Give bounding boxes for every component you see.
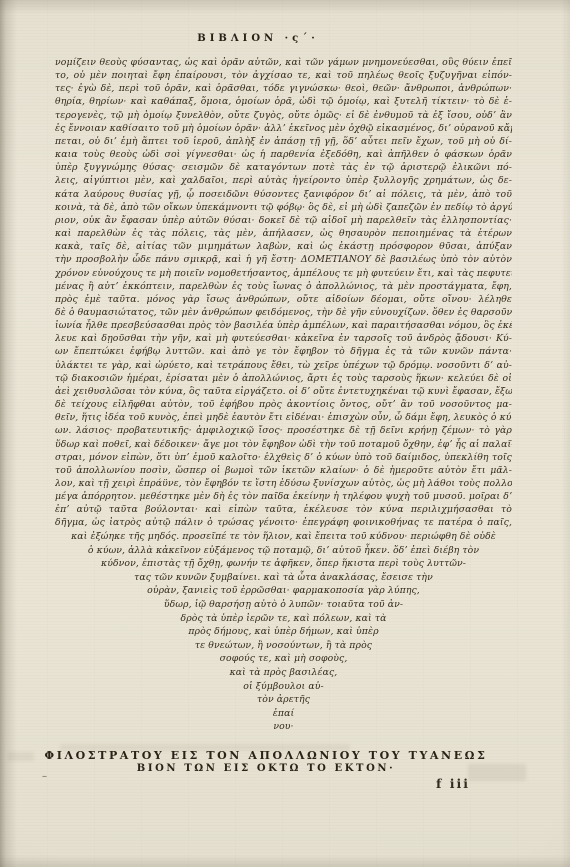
- text-line: ὕδωρ, ἰῷ θαρσήσῃ αὐτὸ ὁ λυπῶν· τοιαῦτα τ…: [55, 598, 512, 612]
- text-line: ων. λάσιος· προβατευτικῆς· ἀμφιλοχικῷ ἴσ…: [55, 424, 512, 437]
- signature-mark: f iii: [436, 776, 470, 791]
- colophon-line-1: ΦΙΛΟΣΤΡΑΤΟΥ ΕΙΣ ΤΟΝ ΑΠΟΛΛΩΝΙΟΥ ΤΟΥ ΤΥΑΝΕ…: [30, 749, 502, 762]
- text-line: λεις, αἰγύπτιοι μὲν, καὶ χαλδαῖοι, περὶ …: [55, 174, 512, 187]
- text-line: λευε καὶ δῃοῦσθαι τὴν γῆν, καὶ μὴ φυτεύε…: [55, 332, 512, 345]
- text-line: οἱ ξύμβουλοι αὐ-: [55, 680, 512, 694]
- text-line: ὁ κύων, ἀλλὰ κἀκεῖνον εὐξάμενος τῷ ποταμ…: [55, 544, 512, 558]
- text-line: μέγα ἀπόρρητον. μεθέστηκε μὲν δὴ ἐς τὸν …: [55, 490, 512, 503]
- text-line: κακὰ, ταῖς δὲ, αἰτίας τῶν μιμημάτων λαβὼ…: [55, 240, 512, 253]
- text-line: κύδνον, ἐπιστὰς τῇ ὄχθῃ, φωνήν τε ἀφῆκεν…: [55, 557, 512, 571]
- text-line: κοινὰ, τὰ δὲ, ἀπὸ τῶν οἴκων ὑπεκάμνοντι …: [55, 201, 512, 214]
- text-line: ἰωνία ἦλθε πρεσβεύσασθαι πρὸς τὸν βασιλέ…: [55, 319, 512, 332]
- text-line: χρόνον εὐνούχους τε μὴ ποιεῖν νομοθετήσα…: [55, 267, 512, 280]
- text-line: λον, καὶ τῇ χειρὶ ἐπράϋνε, τὸν ἔφηβόν τε…: [55, 477, 512, 490]
- text-line: ἐπʼ αὐτῷ ταῦτα βούλονται· καὶ εἰπὼν ταῦτ…: [55, 503, 512, 516]
- taper-text-block: καὶ ἐξώηκε τῆς μηδός. προσεῖπέ τε τὸν ἥλ…: [55, 530, 512, 734]
- text-line: στραι, μόνον εἰπὼν, ὅτι ὑπʼ ἐμοῦ καλοῖτο…: [55, 451, 512, 464]
- text-line: σοφούς τε, καὶ μὴ σοφοὺς,: [55, 652, 512, 666]
- text-line: δῆγμα, ὡς ἰατρὸς αὐτῷ πάλιν ὁ τρώσας γέν…: [55, 516, 512, 529]
- text-line: ὑλάκτει τε γὰρ, καὶ ὠρύετο, καὶ τετράπου…: [55, 359, 512, 372]
- text-line: ἐς ἔννοιαν καθίσαιτο τοῦ μὴ ὁμοίων ὁρᾶν·…: [55, 122, 512, 135]
- colophon-line-2: ΒΙΟΝ ΤΩΝ ΕΙΣ ΟΚΤΩ ΤΟ ΕΚΤΟΝ·: [30, 763, 502, 774]
- text-line: τῷ διακοσιῶν ἡμέραι, ἐρίσαται μὲν ὁ ἀπολ…: [55, 372, 512, 385]
- text-line: τοῦ ἀπολλωνίου ποσὶν, ὥσπερ οἱ βωμοὶ τῶν…: [55, 464, 512, 477]
- text-line: δὲ τείχους εἰλῆφθαι αὐτὸν, τοῦ ἐφήβου πρ…: [55, 398, 512, 411]
- text-line: πρὸς δήμους, καὶ ὑπὲρ δήμων, καὶ ὑπὲρ: [55, 625, 512, 639]
- text-line: το, οὐ μὲν ποιηταὶ ἔφη ἐπαίρουσι, τὸν ἀγ…: [55, 69, 512, 82]
- text-line: τὴν προσβολὴν ὧδε πάνυ σμικρᾷ, καὶ ἡ γῆ …: [55, 253, 512, 266]
- text-line: τας τῶν κυνῶν ξυμβαίνει. καὶ τὰ ὦτα ἀνακ…: [55, 571, 512, 585]
- text-line: δρὸς τὰ ὑπὲρ ἱερῶν τε, καὶ πόλεων, καὶ τ…: [55, 612, 512, 626]
- text-line: ριον, οὐκ ἂν ἔφασαν ὑπὲρ αὐτῶν θύσαι· δο…: [55, 214, 512, 227]
- text-line: καὶ τὰ πρὸς βασιλέας,: [55, 666, 512, 680]
- text-line: οὐρὰν, ξανιεὶς τοῦ ἐρρῶσθαι· φαρμακοποσί…: [55, 584, 512, 598]
- margin-mark: –: [42, 771, 47, 782]
- body-text-block: νομίζειν θεοὺς φύσαντας, ὡς καὶ ὁρᾶν αὐτ…: [55, 56, 512, 530]
- text-line: πρὸς ἐμὲ ταῦτα. μόνος γὰρ ἴσως ἀνθρώπων,…: [55, 293, 512, 306]
- running-header: ΒΙΒΛΙΟΝ ·ς´·: [96, 33, 420, 44]
- text-line: νομίζειν θεοὺς φύσαντας, ὡς καὶ ὁρᾶν αὐτ…: [55, 56, 512, 69]
- text-line: τὸν ἀρετῆς: [55, 693, 512, 707]
- text-line: τε θνεώτων, ἢ νοσούντων, ἢ τὰ πρὸς: [55, 639, 512, 653]
- text-line: ὑπὲρ ξυγγνώμης θύσας· σεισμῶν δὲ καταγόν…: [55, 161, 512, 174]
- text-line: θεῖν, ἥτις ἰδέα τοῦ κυνὸς, ἐπεὶ μηδὲ ἑαυ…: [55, 411, 512, 424]
- text-line: νου·: [55, 720, 512, 734]
- text-line: μένας ἢ αὐτʼ ἐκκόπτειν, παρελθὼν ἐς τοὺς…: [55, 280, 512, 293]
- text-line: κάτα λαύρους θυσίας γῇ, ᾧ ποσειδῶνι θύσο…: [55, 188, 512, 201]
- text-line: καὶ παρελθὼν ἐς τὰς πόλεις, τὰς μὲν, ἀπή…: [55, 227, 512, 240]
- text-line: θηρία, θηρίων· καὶ καθάπαξ, ὅμοια, ὁμοίω…: [55, 95, 512, 108]
- text-line: τερογενὲς, τῷ μὴ ὁμοίῳ ξυνελθὸν, οὔτε ζυ…: [55, 109, 512, 122]
- text-line: δὲ ὁ θαυμασιώτατος, τῶν μὲν ἀνθρώπων φει…: [55, 306, 512, 319]
- text-line: τες· ἐγὼ δὲ, περὶ τοῦ ὁρᾶν, καὶ ὁρᾶσθαι,…: [55, 82, 512, 95]
- book-page-photo: ΒΙΒΛΙΟΝ ·ς´· νομίζειν θεοὺς φύσαντας, ὡς…: [0, 0, 570, 867]
- text-line: ων ἔπεπτώκει ἐφήβῳ λυττῶν. καὶ ἀπὸ γε τὸ…: [55, 345, 512, 358]
- text-line: ἐπαί: [55, 707, 512, 721]
- text-line: καὶ ἐξώηκε τῆς μηδός. προσεῖπέ τε τὸν ἥλ…: [55, 530, 512, 544]
- text-line: ὕδωρ καὶ ποθεῖ, καὶ δέδοικεν· ἄγε μοι τὸ…: [55, 438, 512, 451]
- text-line: ἀεὶ χειθυσλῶσαι τὸν κύνα, ὃς ταῦτα εἰργά…: [55, 385, 512, 398]
- text-line: καια τοὺς θεοὺς ὠδὶ σοὶ γίγνεσθαι· ὡς ἡ …: [55, 148, 512, 161]
- text-line: πεται, οὐ διʼ ἐμὴ ἅπτει τοῦ ἱεροῦ, ἀπλὴξ…: [55, 135, 512, 148]
